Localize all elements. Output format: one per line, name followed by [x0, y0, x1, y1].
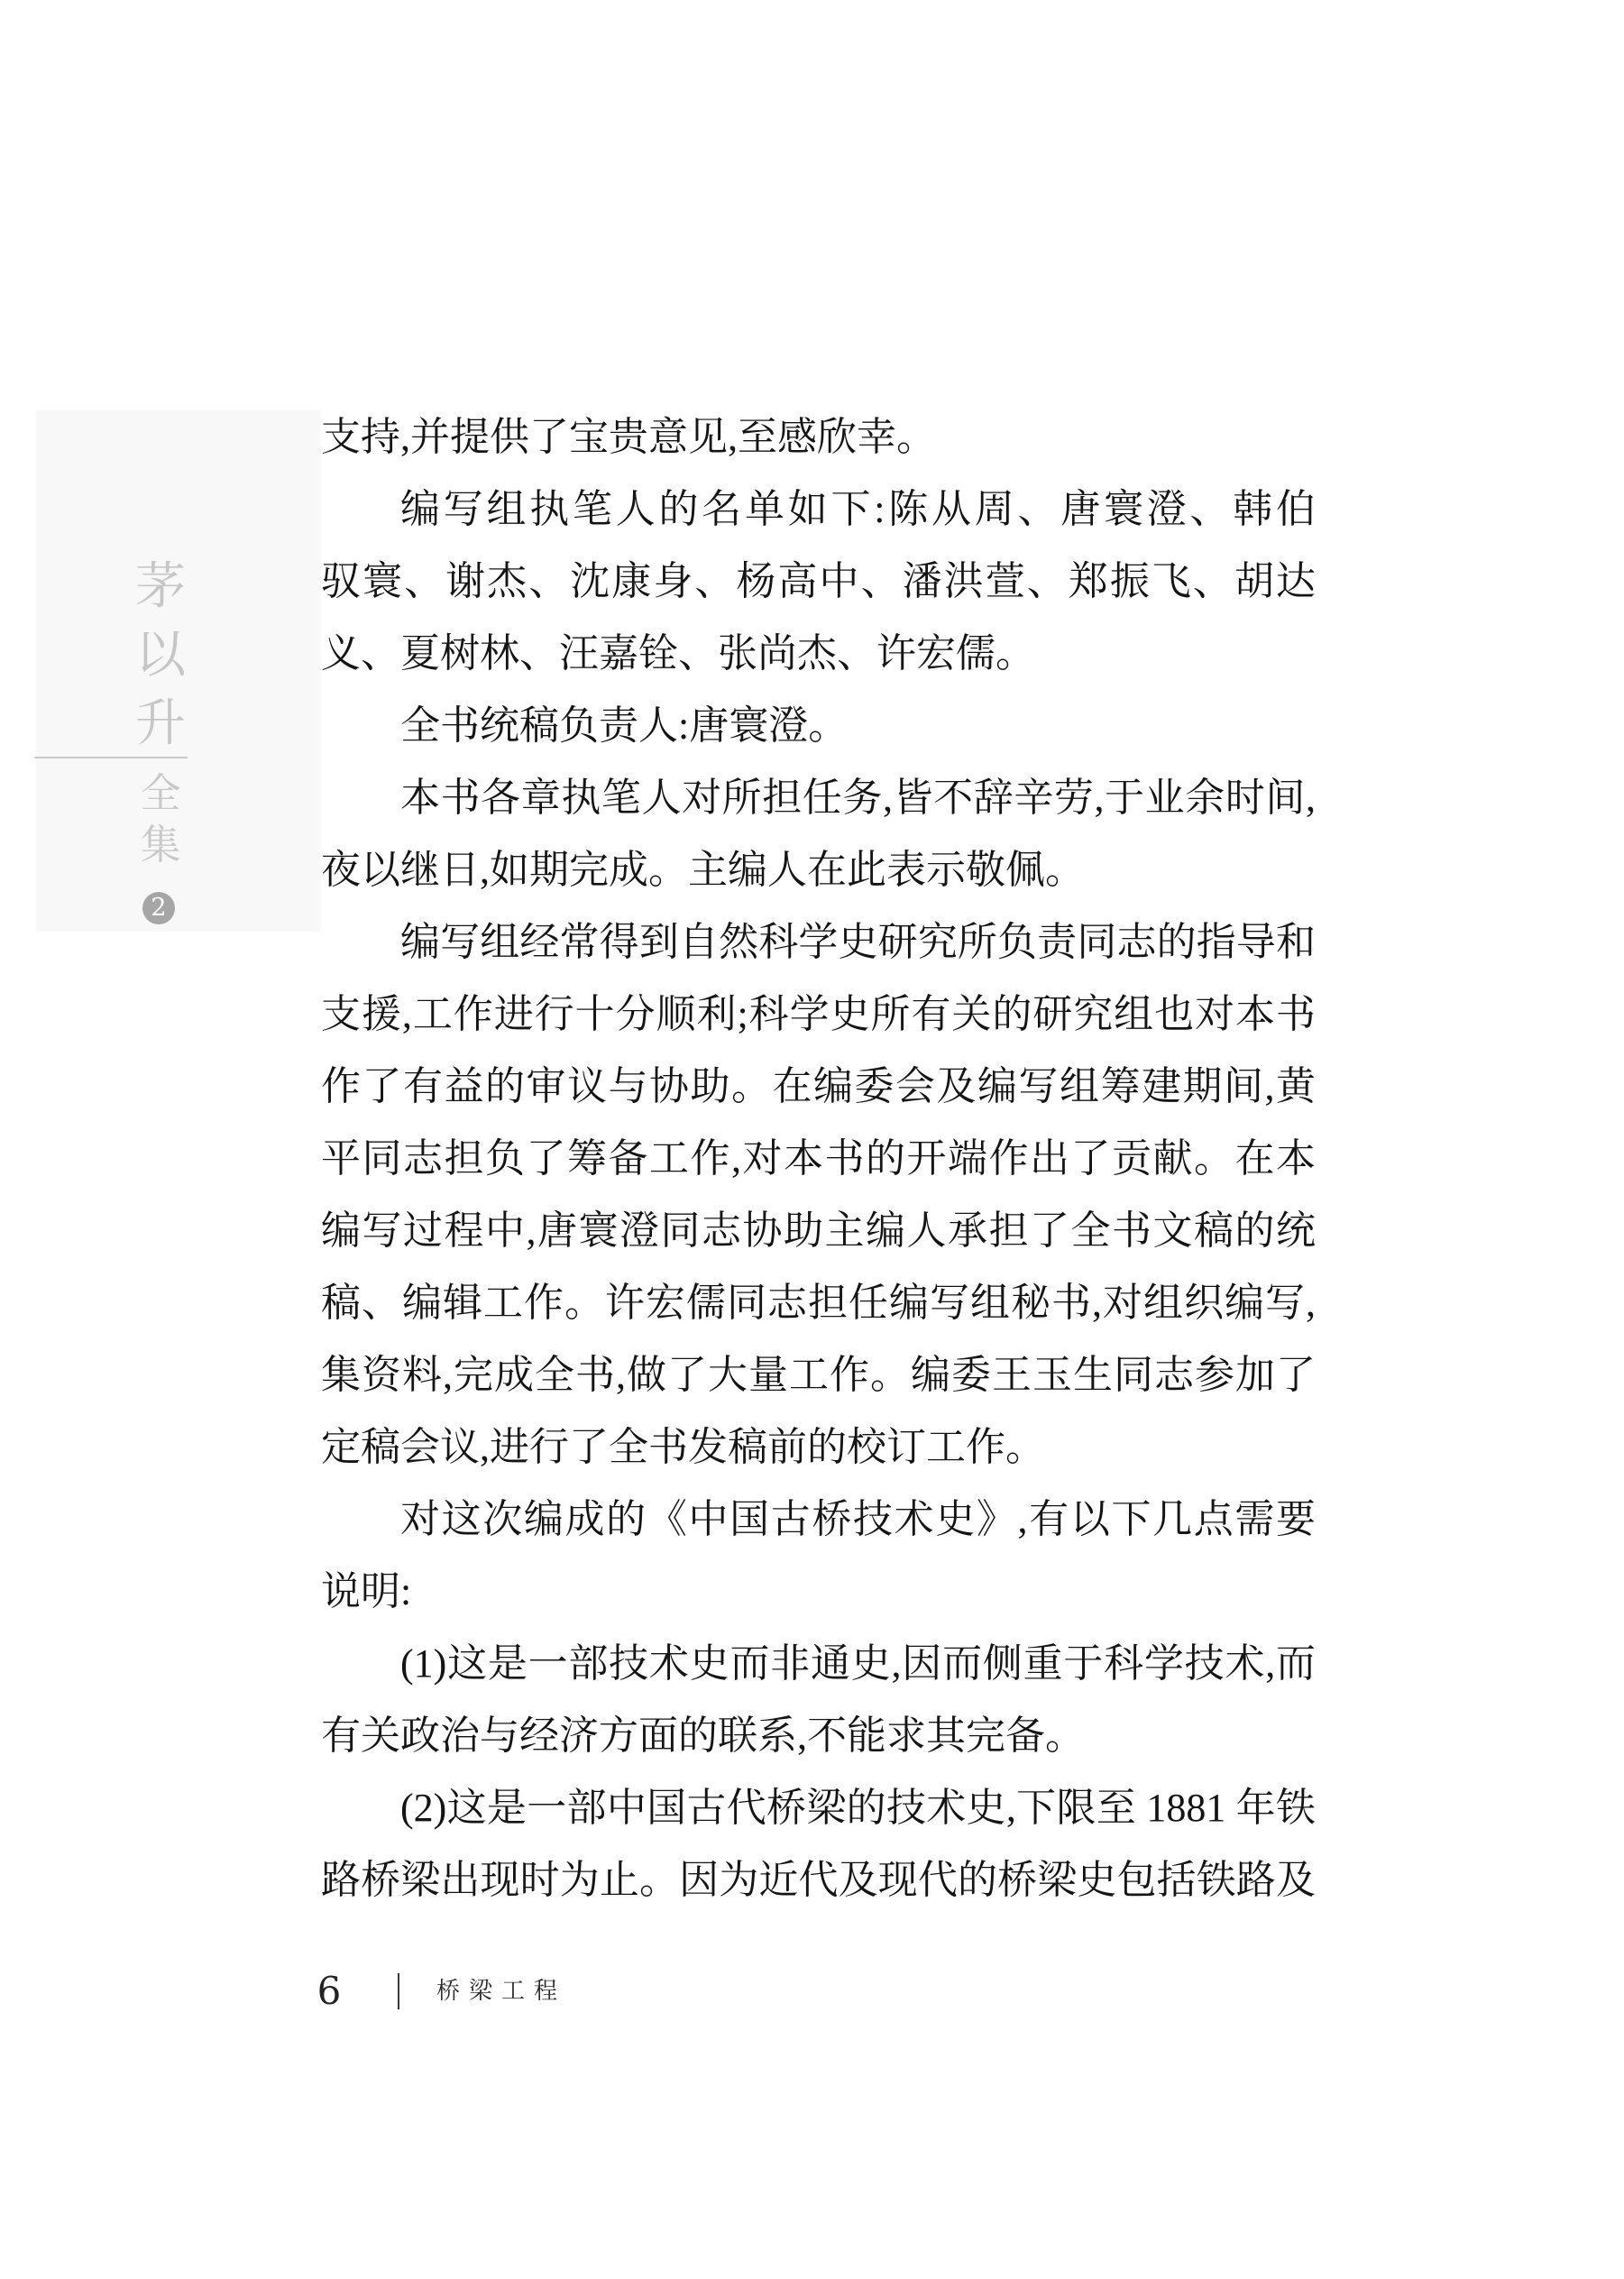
book-page: 茅 以 升 全 集 2 支持,并提供了宝贵意见,至感欣幸。 编写组执笔人的名单如…: [0, 0, 1624, 2279]
text-line: 定稿会议,进行了全书发稿前的校订工作。: [321, 1411, 1316, 1484]
footer-divider-bar: [398, 1973, 399, 2009]
text-line: 平同志担负了筹备工作,对本书的开端作出了贡献。在本书: [321, 1123, 1316, 1195]
sidebar-divider: [34, 757, 188, 758]
series-subtitle-vertical: 全 集: [135, 768, 186, 871]
text-line: (2)这是一部中国古代桥梁的技术史,下限至 1881 年铁: [321, 1772, 1316, 1844]
text-line: 支持,并提供了宝贵意见,至感欣幸。: [321, 401, 1316, 473]
text-line: 路桥梁出现时为止。因为近代及现代的桥梁史包括铁路及: [321, 1844, 1316, 1916]
text-line: 作了有益的审议与协助。在编委会及编写组筹建期间,黄梦: [321, 1051, 1316, 1123]
text-line: 稿、编辑工作。许宏儒同志担任编写组秘书,对组织编写,收: [321, 1267, 1316, 1339]
text-line: (1)这是一部技术史而非通史,因而侧重于科学技术,而: [321, 1628, 1316, 1700]
text-line: 编写组经常得到自然科学史研究所负责同志的指导和: [321, 906, 1316, 979]
text-line: 说明:: [321, 1556, 1316, 1628]
page-footer: 6 桥梁工程: [0, 1966, 1624, 2020]
series-subtitle-char: 全: [140, 768, 180, 820]
text-line: 编写组执笔人的名单如下:陈从周、唐寰澄、韩伯林、张: [321, 473, 1316, 546]
body-text: 支持,并提供了宝贵意见,至感欣幸。 编写组执笔人的名单如下:陈从周、唐寰澄、韩伯…: [321, 401, 1316, 1916]
series-title-char: 以: [135, 621, 186, 690]
text-line: 夜以继日,如期完成。主编人在此表示敬佩。: [321, 834, 1316, 906]
series-subtitle-char: 集: [140, 820, 180, 871]
text-line: 编写过程中,唐寰澄同志协助主编人承担了全书文稿的统: [321, 1195, 1316, 1267]
series-title-char: 升: [135, 690, 186, 758]
page-number: 6: [298, 1966, 361, 2017]
text-line: 义、夏树林、汪嘉铨、张尚杰、许宏儒。: [321, 618, 1316, 690]
text-line: 有关政治与经济方面的联系,不能求其完备。: [321, 1700, 1316, 1772]
text-line: 全书统稿负责人:唐寰澄。: [321, 690, 1316, 762]
text-line: 支援,工作进行十分顺利;科学史所有关的研究组也对本书: [321, 979, 1316, 1051]
text-line: 对这次编成的《中国古桥技术史》,有以下几点需要: [321, 1484, 1316, 1556]
series-title-char: 茅: [135, 553, 186, 621]
text-line: 集资料,完成全书,做了大量工作。编委王玉生同志参加了: [321, 1339, 1316, 1411]
text-line: 驭寰、谢杰、沈康身、杨高中、潘洪萱、郑振飞、胡达和、瞿光: [321, 546, 1316, 618]
footer-book-title: 桥梁工程: [436, 1975, 566, 2008]
text-line: 本书各章执笔人对所担任务,皆不辞辛劳,于业余时间,: [321, 762, 1316, 834]
volume-number-badge: 2: [142, 892, 175, 924]
series-title-vertical: 茅 以 升: [133, 553, 188, 758]
